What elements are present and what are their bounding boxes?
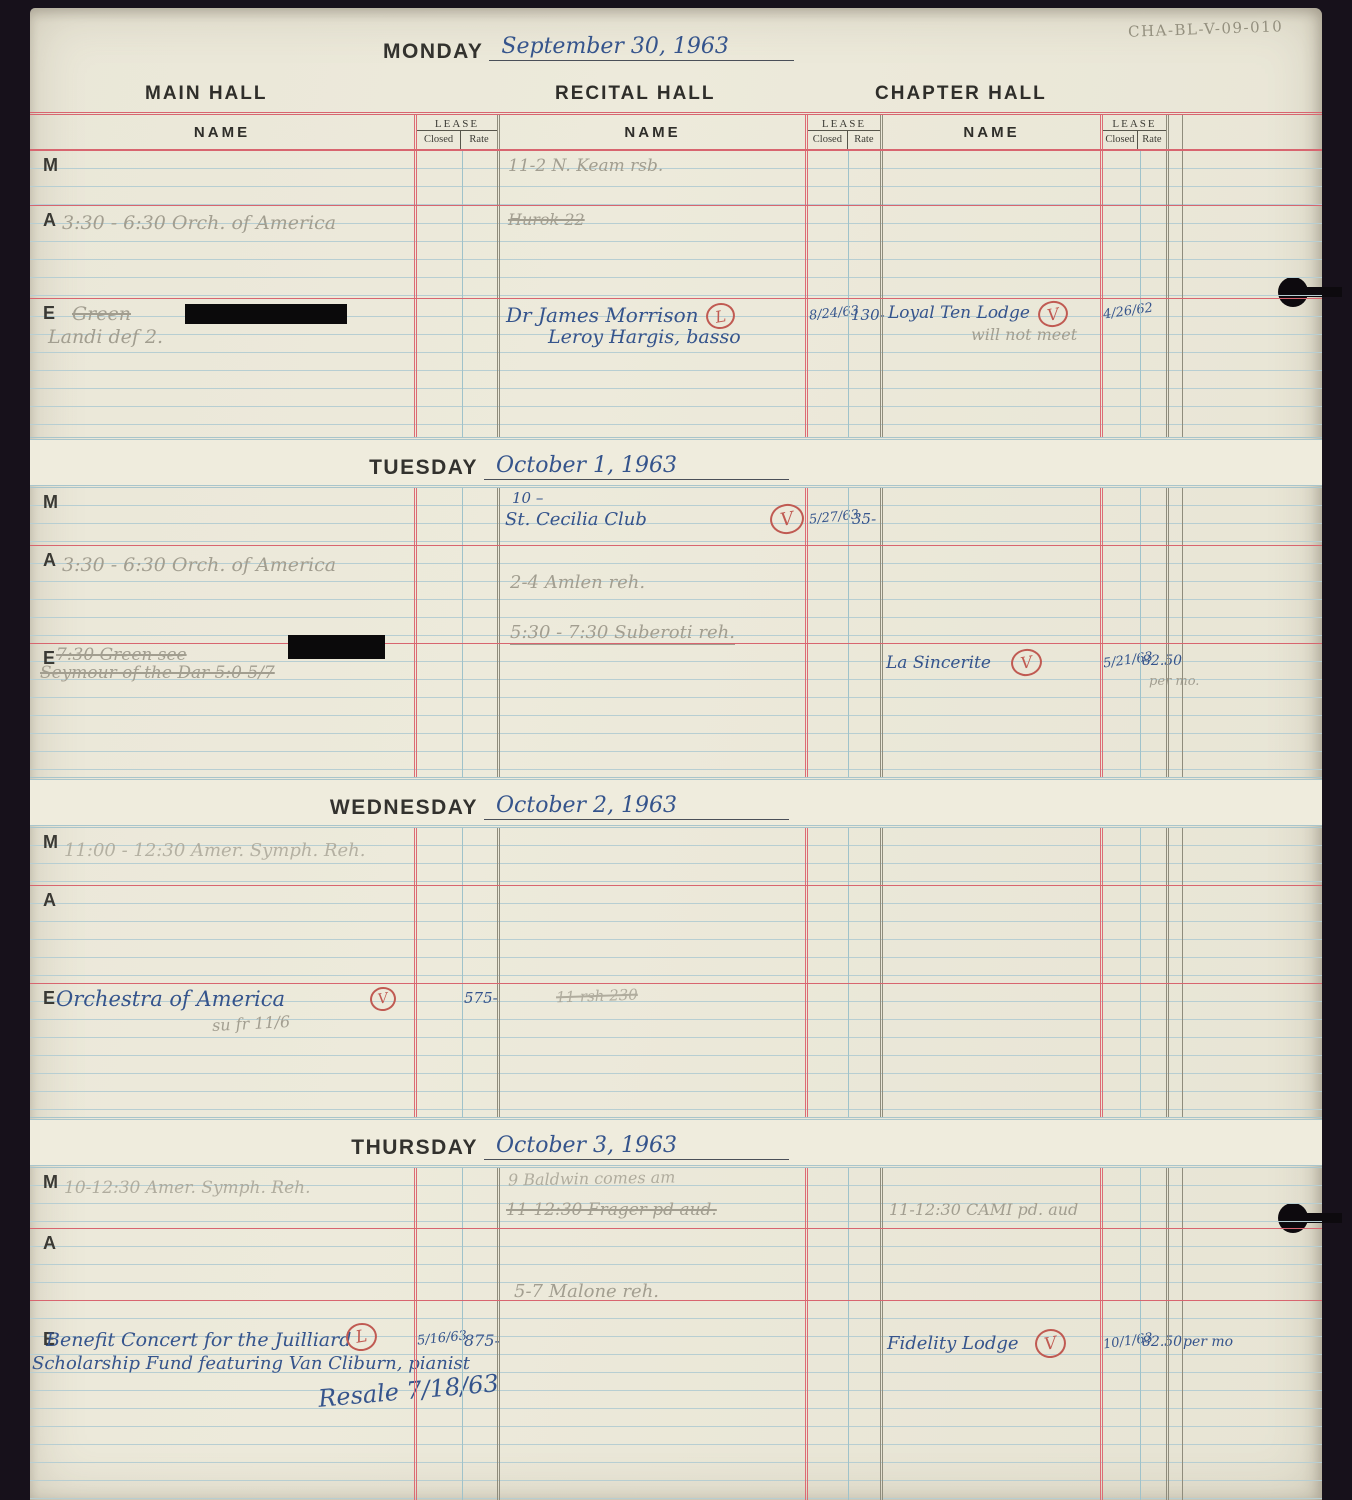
empty-cell [1182,886,1322,983]
row-afternoon: A 5-7 Malone reh. [30,1228,1322,1300]
lease-rate-value: 875- [464,1331,500,1350]
entry: Scholarship Fund featuring Van Cliburn, … [32,1353,470,1374]
name-column-header: NAME [30,115,414,149]
lease-closed-cell [414,206,462,298]
entry: 3:30 - 6:30 Orch. of America [62,212,336,234]
recital-hall-title: RECITAL HALL [555,83,716,105]
main-name-cell: A [30,886,414,983]
lease-rate-cell [462,151,497,205]
row-evening: E 7:30 Green see Seymour of the Dar 5:0 … [30,643,1322,780]
lease-rate-cell [848,1168,880,1228]
lease-rate-cell [848,546,880,643]
row-morning: M 11:00 - 12:30 Amer. Symph. Reh. [30,825,1322,885]
empty-cell [1166,488,1182,545]
lease-closed-cell [414,151,462,205]
lease-rate-cell [848,984,880,1117]
main-name-cell: E 7:30 Green see Seymour of the Dar 5:0 … [30,644,414,777]
lease-rate-cell [462,206,497,298]
lease-rate-cell: 875- [462,1301,497,1500]
lease-mark-circle: V [368,985,398,1013]
main-name-cell: M 10-12:30 Amer. Symph. Reh. [30,1168,414,1228]
lease-rate-cell [848,1301,880,1500]
lease-closed-cell [1100,151,1140,205]
lease-rate-cell [1140,1168,1166,1228]
main-name-cell: A 3:30 - 6:30 Orch. of America [30,546,414,643]
main-name-cell: E Green Landi def 2. [30,299,414,437]
empty-cell [1182,828,1322,885]
empty-cell [1166,299,1182,437]
lease-closed-cell: 4/26/62 [1100,299,1140,437]
lease-rate-cell [462,488,497,545]
entry: 5:30 - 7:30 Suberoti reh. [510,622,735,645]
row-afternoon: A 3:30 - 6:30 Orch. of America 2-4 Amlen… [30,545,1322,643]
lease-closed-cell [1100,828,1140,885]
lease-rate-cell [1140,1229,1166,1300]
chapter-name-cell [880,886,1100,983]
day-label: THURSDAY [30,1136,478,1160]
main-name-cell: A 3:30 - 6:30 Orch. of America [30,206,414,298]
lease-closed-cell [414,828,462,885]
empty-cell [1182,206,1322,298]
monday-header: MONDAY September 30, 1963 [30,8,1322,85]
row-label: M [43,155,59,176]
empty-cell [1166,151,1182,205]
lease-rate-value: 35- [852,510,876,528]
lease-closed-cell [414,886,462,983]
lease-rate-cell [848,1229,880,1300]
entry-struck: 7:30 Green see [56,645,187,665]
empty-cell [1182,1168,1322,1228]
recital-name-cell [497,1301,805,1500]
entry-struck: Green [72,303,131,325]
entry-struck: Seymour of the Dar 5:0 5/7 [40,663,275,683]
lease-rate-cell [1140,546,1166,643]
empty-cell [1166,1229,1182,1300]
recital-name-cell: 2-4 Amlen reh. 5:30 - 7:30 Suberoti reh. [497,546,805,643]
empty-cell [1166,886,1182,983]
lease-mark-circle: V [1009,647,1044,679]
chapter-name-cell [880,828,1100,885]
day-date-handwritten: October 3, 1963 [484,1133,789,1160]
lease-closed-cell [414,546,462,643]
lease-rate-cell [462,644,497,777]
lease-closed-cell [414,984,462,1117]
ledger-page: CHA-BL-V-09-010 MONDAY September 30, 196… [30,8,1322,1500]
chapter-name-cell [880,1229,1100,1300]
lease-closed-cell [805,1168,848,1228]
name-column-header: NAME [880,115,1100,149]
lease-closed-cell [805,206,848,298]
lease-rate-cell [1140,299,1166,437]
name-column-header: NAME [497,115,805,149]
lease-rate-value: 575- [464,989,498,1007]
entry: 9 Baldwin comes am [508,1168,676,1190]
row-evening: E Orchestra of America V su fr 11/6 575-… [30,983,1322,1120]
chapter-name-cell: Fidelity Lodge V [880,1301,1100,1500]
row-morning: M 10-12:30 Amer. Symph. Reh. 9 Baldwin c… [30,1165,1322,1228]
lease-rate-cell [1140,488,1166,545]
lease-rate-cell [1140,206,1166,298]
empty-cell [1182,1301,1322,1500]
empty-cell [1182,115,1322,149]
lease-column-header: LEASE ClosedRate [1100,115,1166,149]
lease-column-header: LEASE ClosedRate [414,115,497,149]
lease-mark-circle: V [768,501,807,536]
hall-titles: MAIN HALL RECITAL HALL CHAPTER HALL [30,85,1322,112]
recital-name-cell [497,886,805,983]
entry-struck: 11-12:30 Frager pd aud. [506,1200,717,1220]
lease-rate-cell [848,206,880,298]
lease-closed-cell [1100,1229,1140,1300]
lease-rate-cell [462,1229,497,1300]
row-label: M [43,1172,59,1193]
main-name-cell: A [30,1229,414,1300]
lease-rate-cell [1140,984,1166,1117]
lease-rate-cell [1140,828,1166,885]
lease-closed-cell: 5/16/63 [414,1301,462,1500]
entry-struck: 11 rsh 230 [556,986,638,1007]
empty-cell [1182,984,1322,1117]
entry: 3:30 - 6:30 Orch. of America [62,554,336,576]
lease-rate-cell: 575- [462,984,497,1117]
day-label: TUESDAY [30,456,478,480]
empty-cell [1166,546,1182,643]
entry: su fr 11/6 [212,1012,291,1035]
empty-cell [1166,206,1182,298]
recital-name-cell: 11-2 N. Keam rsb. [497,151,805,205]
lease-rate-cell: 35- [848,488,880,545]
lease-closed-cell [805,886,848,983]
lease-rate-cell [848,644,880,777]
recital-name-cell [497,644,805,777]
main-name-cell: E Benefit Concert for the Juilliard L Sc… [30,1301,414,1500]
lease-closed-cell [805,151,848,205]
main-name-cell: M [30,151,414,205]
entry: La Sincerite [886,653,991,673]
row-label: A [43,1233,57,1254]
row-label: M [43,832,59,853]
lease-rate-cell: 82.50 per mo [1140,1301,1166,1500]
chapter-name-cell: 11-12:30 CAMI pd. aud [880,1168,1100,1228]
lease-rate-cell [1140,151,1166,205]
lease-closed-cell [805,1229,848,1300]
row-afternoon: A 3:30 - 6:30 Orch. of America Hurok 22 [30,205,1322,298]
lease-rate-cell [848,151,880,205]
lease-mark-circle: V [1033,1327,1069,1361]
day-section-thursday: THURSDAY October 3, 1963 M 10-12:30 Amer… [30,1120,1322,1500]
lease-closed-value: 5/16/63 [416,1328,467,1348]
lease-closed-cell [414,1229,462,1300]
scan-background: CHA-BL-V-09-010 MONDAY September 30, 196… [0,0,1352,1500]
empty-cell [1182,299,1322,437]
main-hall-title: MAIN HALL [145,83,267,105]
chapter-name-cell [880,151,1100,205]
wednesday-header: WEDNESDAY October 2, 1963 [30,780,1322,825]
lease-rate-cell [1140,886,1166,983]
empty-cell [1166,1301,1182,1500]
day-label: MONDAY [383,40,483,64]
chapter-name-cell [880,488,1100,545]
entry: Dr James Morrison [506,303,699,327]
empty-cell [1166,984,1182,1117]
tuesday-header: TUESDAY October 1, 1963 [30,440,1322,485]
chapter-name-cell [880,206,1100,298]
main-name-cell: E Orchestra of America V su fr 11/6 [30,984,414,1117]
empty-cell [1182,151,1322,205]
lease-rate-cell [462,1168,497,1228]
recital-name-cell [497,828,805,885]
lease-closed-cell: 8/24/63 [805,299,848,437]
entry: Loyal Ten Lodge [888,303,1030,323]
entry: 10-12:30 Amer. Symph. Reh. [64,1178,311,1198]
lease-rate-cell [848,828,880,885]
row-label: A [43,550,57,571]
day-date-handwritten: October 1, 1963 [484,453,789,480]
redaction-bar [185,304,347,324]
lease-closed-cell [414,1168,462,1228]
main-name-cell: M [30,488,414,545]
day-section-wednesday: WEDNESDAY October 2, 1963 M 11:00 - 12:3… [30,780,1322,1120]
row-label: M [43,492,59,513]
entry: will not meet [971,325,1077,344]
lease-rate-cell [462,546,497,643]
lease-closed-cell [805,984,848,1117]
redaction-bar [288,635,385,659]
row-label: E [43,988,56,1009]
lease-closed-cell: 10/1/63 [1100,1301,1140,1500]
day-section-tuesday: TUESDAY October 1, 1963 M 10 – St. Cecil… [30,440,1322,780]
lease-rate-cell [462,828,497,885]
lease-closed-cell [1100,546,1140,643]
entry: Fidelity Lodge [887,1333,1019,1354]
empty-cell [1182,1229,1322,1300]
chapter-hall-title: CHAPTER HALL [875,83,1047,105]
lease-closed-cell [805,546,848,643]
row-morning: M 10 – St. Cecilia Club V 5/27/63 35- [30,485,1322,545]
lease-closed-cell [805,828,848,885]
lease-closed-cell: 5/21/63 [1100,644,1140,777]
entry: 2-4 Amlen reh. [510,572,645,593]
chapter-name-cell: La Sincerite V [880,644,1100,777]
chapter-name-cell [880,984,1100,1117]
entry: 10 – [512,489,543,507]
lease-closed-cell [1100,886,1140,983]
entry: Leroy Hargis, basso [548,326,741,348]
lease-closed-cell [414,299,462,437]
lease-closed-cell [1100,1168,1140,1228]
row-morning: M 11-2 N. Keam rsb. [30,150,1322,205]
lease-rate-cell: 82.50 per mo. [1140,644,1166,777]
lease-rate-cell [462,299,497,437]
row-label: A [43,210,57,231]
lease-rate-cell: 130- [848,299,880,437]
recital-name-cell: 5-7 Malone reh. [497,1229,805,1300]
entry: 11:00 - 12:30 Amer. Symph. Reh. [64,840,365,861]
empty-cell [1182,488,1322,545]
lease-closed-cell [414,644,462,777]
main-name-cell: M 11:00 - 12:30 Amer. Symph. Reh. [30,828,414,885]
empty-cell [1166,1168,1182,1228]
day-date-handwritten: September 30, 1963 [489,34,794,61]
entry: Orchestra of America [56,987,285,1011]
recital-name-cell: Hurok 22 [497,206,805,298]
recital-name-cell: 9 Baldwin comes am 11-12:30 Frager pd au… [497,1168,805,1228]
row-evening: E Benefit Concert for the Juilliard L Sc… [30,1300,1322,1500]
lease-closed-cell: 5/27/63 [805,488,848,545]
entry: Benefit Concert for the Juilliard [46,1329,351,1351]
day-label: WEDNESDAY [30,796,478,820]
table-header-row: NAME LEASE ClosedRate NAME LEASE ClosedR… [30,112,1322,150]
lease-rate-cell [848,886,880,983]
empty-cell [1182,644,1322,777]
lease-closed-cell [1100,984,1140,1117]
entry-struck: Hurok 22 [508,210,585,229]
empty-cell [1166,644,1182,777]
lease-closed-cell [1100,206,1140,298]
recital-name-cell: 10 – St. Cecilia Club V [497,488,805,545]
empty-cell [1166,115,1182,149]
chapter-name-cell: Loyal Ten Lodge V will not meet [880,299,1100,437]
row-evening: E Green Landi def 2. Dr James Morrison L… [30,298,1322,440]
chapter-name-cell [880,546,1100,643]
entry: Landi def 2. [48,326,163,348]
day-date-handwritten: October 2, 1963 [484,793,789,820]
day-section-monday: MONDAY September 30, 1963 MAIN HALL RECI… [30,8,1322,440]
lease-closed-cell [1100,488,1140,545]
row-label: A [43,890,57,911]
entry: 11-2 N. Keam rsb. [508,156,663,176]
lease-column-header: LEASE ClosedRate [805,115,880,149]
recital-name-cell: 11 rsh 230 [497,984,805,1117]
row-afternoon: A [30,885,1322,983]
entry: 11-12:30 CAMI pd. aud [889,1200,1078,1219]
lease-closed-cell [414,488,462,545]
lease-closed-cell [805,1301,848,1500]
lease-closed-cell [805,644,848,777]
thursday-header: THURSDAY October 3, 1963 [30,1120,1322,1165]
entry: 5-7 Malone reh. [514,1281,659,1302]
recital-name-cell: Dr James Morrison L Leroy Hargis, basso [497,299,805,437]
row-label: E [43,303,56,324]
empty-cell [1182,546,1322,643]
empty-cell [1166,828,1182,885]
lease-rate-cell [462,886,497,983]
entry: St. Cecilia Club [505,509,647,530]
